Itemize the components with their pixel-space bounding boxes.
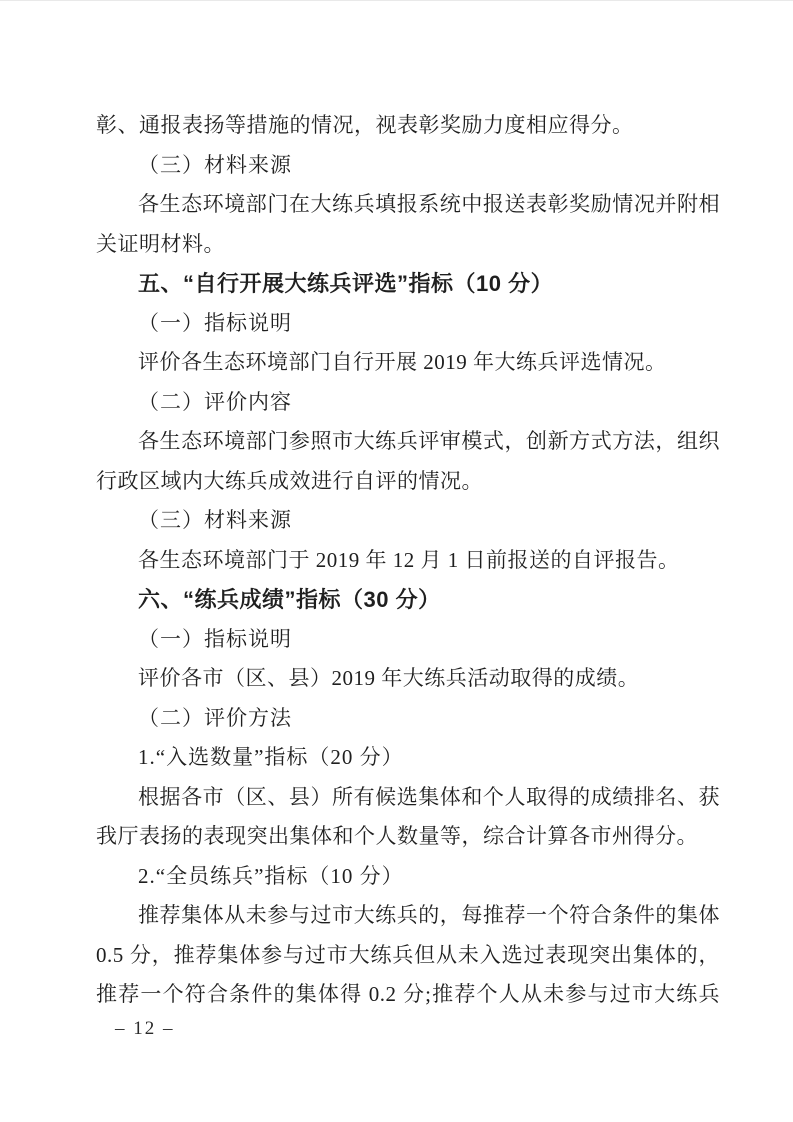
paragraph-line: 0.5 分，推荐集体参与过市大练兵但从未入选过表现突出集体的，每 xyxy=(96,936,720,976)
subsection-heading: （三）材料来源 xyxy=(96,501,720,541)
paragraph-line: 行政区域内大练兵成效进行自评的情况。 xyxy=(96,462,720,502)
paragraph-line: 根据各市（区、县）所有候选集体和个人取得的成绩排名、获得 xyxy=(96,778,720,818)
section-heading-5: 五、“自行开展大练兵评选”指标（10 分） xyxy=(96,264,720,304)
item-heading: 1.“入选数量”指标（20 分） xyxy=(96,738,720,778)
paragraph-line: 各生态环境部门于 2019 年 12 月 1 日前报送的自评报告。 xyxy=(96,541,720,581)
subsection-heading: （一）指标说明 xyxy=(96,304,720,344)
subsection-heading: （一）指标说明 xyxy=(96,620,720,660)
subsection-heading: （二）评价方法 xyxy=(96,699,720,739)
page-top-edge xyxy=(0,0,793,1)
paragraph-line: 彰、通报表扬等措施的情况，视表彰奖励力度相应得分。 xyxy=(96,106,720,146)
paragraph-line: 我厅表扬的表现突出集体和个人数量等，综合计算各市州得分。 xyxy=(96,817,720,857)
document-body: 彰、通报表扬等措施的情况，视表彰奖励力度相应得分。 （三）材料来源 各生态环境部… xyxy=(96,106,720,1015)
subsection-heading: （三）材料来源 xyxy=(96,146,720,186)
page-number: – 12 – xyxy=(115,1016,175,1042)
document-page: 彰、通报表扬等措施的情况，视表彰奖励力度相应得分。 （三）材料来源 各生态环境部… xyxy=(0,0,793,1122)
paragraph-line: 推荐集体从未参与过市大练兵的，每推荐一个符合条件的集体得 xyxy=(96,896,720,936)
section-heading-6: 六、“练兵成绩”指标（30 分） xyxy=(96,580,720,620)
paragraph-line: 推荐一个符合条件的集体得 0.2 分;推荐个人从未参与过市大练兵的， xyxy=(96,975,720,1015)
paragraph-line: 评价各生态环境部门自行开展 2019 年大练兵评选情况。 xyxy=(96,343,720,383)
paragraph-line: 关证明材料。 xyxy=(96,225,720,265)
subsection-heading: （二）评价内容 xyxy=(96,383,720,423)
paragraph-line: 各生态环境部门参照市大练兵评审模式，创新方式方法，组织对 xyxy=(96,422,720,462)
paragraph-line: 评价各市（区、县）2019 年大练兵活动取得的成绩。 xyxy=(96,659,720,699)
paragraph-line: 各生态环境部门在大练兵填报系统中报送表彰奖励情况并附相 xyxy=(96,185,720,225)
item-heading: 2.“全员练兵”指标（10 分） xyxy=(96,857,720,897)
